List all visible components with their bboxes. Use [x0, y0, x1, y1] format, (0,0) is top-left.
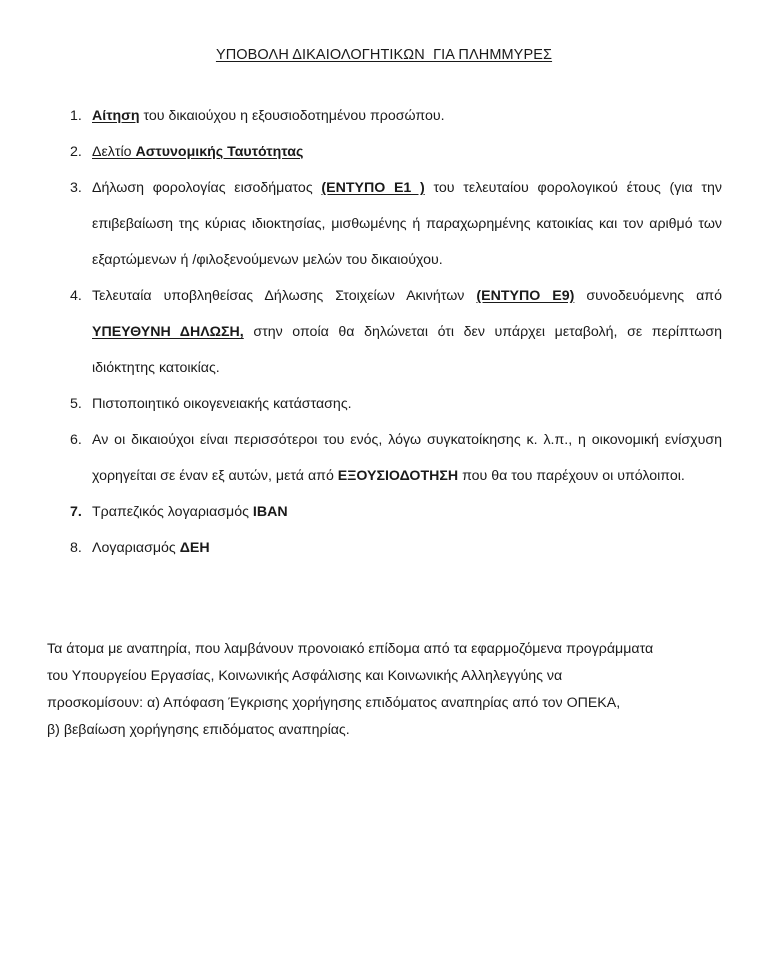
document-title: ΥΠΟΒΟΛΗ ΔΙΚΑΙΟΛΟΓΗΤΙΚΩΝ ΓΙΑ ΠΛΗΜΜΥΡΕΣ	[0, 47, 768, 63]
requirements-list: 1.Αίτηση του δικαιούχου η εξουσιοδοτημέν…	[70, 98, 722, 566]
requirement-item: 3.Δήλωση φορολογίας εισοδήματος (ΕΝΤΥΠΟ …	[70, 170, 722, 278]
emphasized-text: (ΕΝΤΥΠΟ Ε9)	[476, 288, 574, 304]
requirement-number: 5.	[70, 386, 82, 422]
requirement-text: Πιστοποιητικό οικογενειακής κατάστασης.	[92, 386, 722, 422]
requirement-text: Δήλωση φορολογίας εισοδήματος (ΕΝΤΥΠΟ Ε1…	[92, 170, 722, 278]
emphasized-text: IBAN	[253, 504, 288, 520]
emphasized-text: Αίτηση	[92, 108, 140, 124]
text-segment: που θα του παρέχουν οι υπόλοιποι.	[458, 468, 685, 484]
requirement-item: 6.Αν οι δικαιούχοι είναι περισσότεροι το…	[70, 422, 722, 494]
note-line: του Υπουργείου Εργασίας, Κοινωνικής Ασφά…	[47, 663, 737, 690]
requirement-number: 1.	[70, 98, 82, 134]
text-segment: του δικαιούχου η εξουσιοδοτημένου προσώπ…	[140, 108, 445, 124]
requirement-item: 4.Τελευταία υποβληθείσας Δήλωσης Στοιχεί…	[70, 278, 722, 386]
emphasized-text: Αστυνομικής Ταυτότητας	[135, 144, 303, 160]
requirement-number: 6.	[70, 422, 82, 458]
requirement-item: 2.Δελτίο Αστυνομικής Ταυτότητας	[70, 134, 722, 170]
requirement-item: 7.Τραπεζικός λογαριασμός IBAN	[70, 494, 722, 530]
note-line: β) βεβαίωση χορήγησης επιδόματος αναπηρί…	[47, 717, 737, 744]
emphasized-text: ΕΞΟΥΣΙΟΔΟΤΗΣΗ	[338, 468, 458, 484]
requirement-number: 3.	[70, 170, 82, 206]
requirement-item: 8.Λογαριασμός ΔΕΗ	[70, 530, 722, 566]
text-segment: Τραπεζικός λογαριασμός	[92, 504, 253, 520]
document-page: ΥΠΟΒΟΛΗ ΔΙΚΑΙΟΛΟΓΗΤΙΚΩΝ ΓΙΑ ΠΛΗΜΜΥΡΕΣ 1.…	[0, 0, 768, 956]
requirement-text: Τραπεζικός λογαριασμός IBAN	[92, 494, 722, 530]
note-line: Τα άτομα με αναπηρία, που λαμβάνουν προν…	[47, 636, 737, 663]
requirement-text: Τελευταία υποβληθείσας Δήλωσης Στοιχείων…	[92, 278, 722, 386]
text-segment: Πιστοποιητικό οικογενειακής κατάστασης.	[92, 396, 352, 412]
text-segment: Δήλωση φορολογίας εισοδήματος	[92, 180, 321, 196]
text-segment: Τελευταία υποβληθείσας Δήλωσης Στοιχείων…	[92, 288, 476, 304]
requirement-number: 8.	[70, 530, 82, 566]
text-segment: Δελτίο	[92, 144, 135, 160]
text-segment: συνοδευόμενης από	[574, 288, 722, 304]
requirement-text: Αν οι δικαιούχοι είναι περισσότεροι του …	[92, 422, 722, 494]
emphasized-text: ΔΕΗ	[180, 540, 210, 556]
requirement-number: 4.	[70, 278, 82, 314]
text-segment: Λογαριασμός	[92, 540, 180, 556]
emphasized-text: (ΕΝΤΥΠΟ Ε1 )	[321, 180, 424, 196]
requirement-number: 2.	[70, 134, 82, 170]
requirement-text: Δελτίο Αστυνομικής Ταυτότητας	[92, 134, 722, 170]
requirement-text: Αίτηση του δικαιούχου η εξουσιοδοτημένου…	[92, 98, 722, 134]
note-line: προσκομίσουν: α) Απόφαση Έγκρισης χορήγη…	[47, 690, 737, 717]
requirement-text: Λογαριασμός ΔΕΗ	[92, 530, 722, 566]
emphasized-text: ΥΠΕΥΘΥΝΗ ΔΗΛΩΣΗ,	[92, 324, 244, 340]
requirement-item: 1.Αίτηση του δικαιούχου η εξουσιοδοτημέν…	[70, 98, 722, 134]
disability-note: Τα άτομα με αναπηρία, που λαμβάνουν προν…	[47, 636, 737, 744]
requirement-item: 5.Πιστοποιητικό οικογενειακής κατάστασης…	[70, 386, 722, 422]
requirement-number: 7.	[70, 494, 82, 530]
